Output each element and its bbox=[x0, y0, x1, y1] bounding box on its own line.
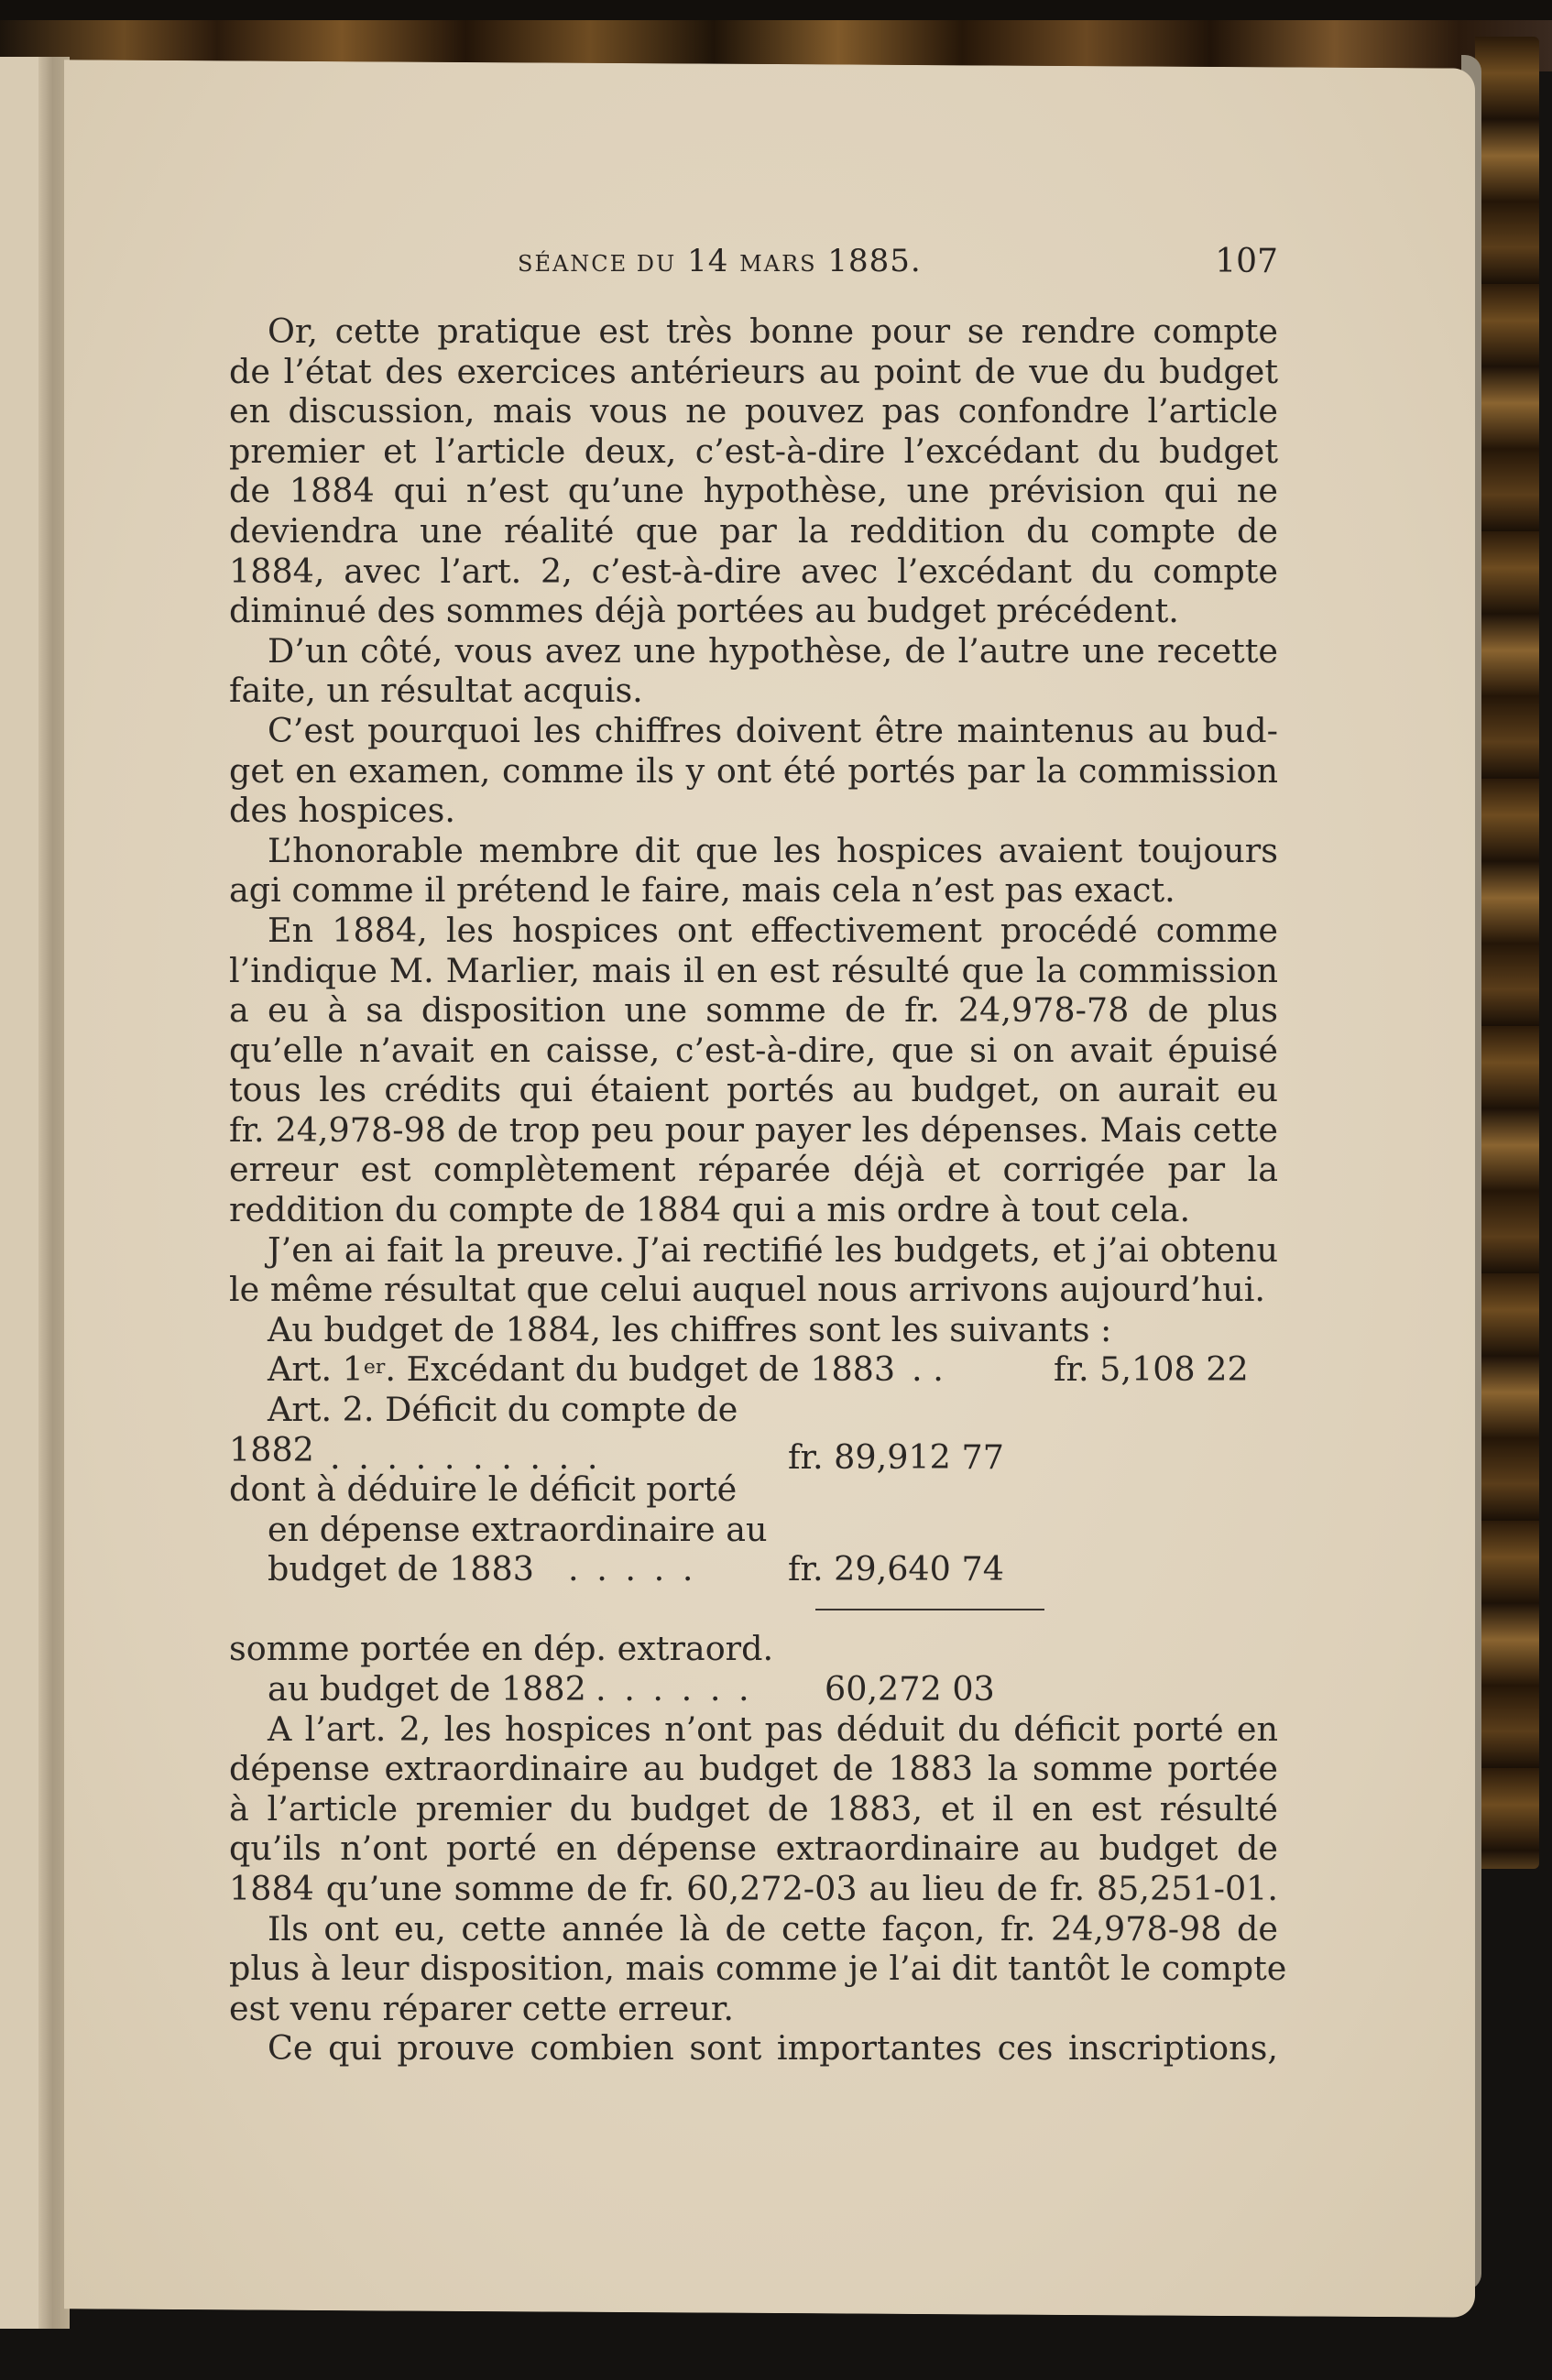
ledger-art2-amount: fr. 89,912 77 bbox=[788, 1437, 1004, 1478]
text-line: Ce qui prouve combien sont importantes c… bbox=[229, 2028, 1278, 2069]
ledger-result-line2: au budget de 1882 bbox=[268, 1669, 586, 1709]
paragraph-5: En 1884, les hospices ont effectivement … bbox=[229, 911, 1278, 1230]
ledger-subtotal-rule bbox=[815, 1609, 1044, 1610]
text-line: de 1884 qui n’est qu’une hypothèse, une … bbox=[229, 471, 1278, 511]
ledger-row-art2: Art. 2. Déficit du compte de bbox=[229, 1390, 1278, 1430]
text-line: diminué des sommes déjà portées au budge… bbox=[229, 591, 1278, 631]
ledger-leader: . . . . . . . . . . bbox=[330, 1437, 601, 1478]
ledger-art1-amount: fr. 5,108 22 bbox=[1054, 1349, 1249, 1390]
paragraph-3: C’est pourquoi les chiffres doivent être… bbox=[229, 711, 1278, 831]
ledger-row-art1: Art. 1er. Excédant du budget de 1883 . .… bbox=[229, 1349, 1278, 1390]
text-line: l’indique M. Marlier, mais il en est rés… bbox=[229, 951, 1278, 991]
running-head-prefix: SÉANCE DU bbox=[518, 251, 676, 277]
ledger-art1-sup: er bbox=[364, 1356, 385, 1379]
text-line: à l’article premier du budget de 1883, e… bbox=[229, 1789, 1278, 1829]
paragraph-7: Au budget de 1884, les chiffres sont les… bbox=[229, 1310, 1278, 1350]
paragraph-2: D’un côté, vous avez une hypothèse, de l… bbox=[229, 631, 1278, 711]
text-line: premier et l’article deux, c’est-à-dire … bbox=[229, 431, 1278, 472]
text-line: L’honorable membre dit que les hospices … bbox=[229, 831, 1278, 871]
text-line: J’en ai fait la preuve. J’ai rectifié le… bbox=[229, 1230, 1278, 1271]
ledger-deduct-amount: fr. 29,640 74 bbox=[788, 1549, 1004, 1589]
text-line: En 1884, les hospices ont effectivement … bbox=[229, 911, 1278, 951]
budget-ledger-result: somme portée en dép. extraord. au budget… bbox=[229, 1629, 1278, 1709]
running-head-month: MARS bbox=[739, 251, 816, 277]
paragraph-8: A l’art. 2, les hospices n’ont pas dédui… bbox=[229, 1709, 1278, 1909]
paragraph-6: J’en ai fait la preuve. J’ai rectifié le… bbox=[229, 1230, 1278, 1310]
text-line: qu’elle n’avait en caisse, c’est-à-dire,… bbox=[229, 1031, 1278, 1071]
ledger-result-amount: 60,272 03 bbox=[825, 1669, 995, 1709]
text-line: Au budget de 1884, les chiffres sont les… bbox=[229, 1310, 1278, 1350]
ledger-deduct-line3-row: budget de 1883 . . . . . fr. 29,640 74 bbox=[229, 1549, 1278, 1589]
text-line: A l’art. 2, les hospices n’ont pas dédui… bbox=[229, 1709, 1278, 1750]
running-head: SÉANCE DU 14 MARS 1885. bbox=[518, 243, 922, 279]
page-number: 107 bbox=[1215, 243, 1278, 280]
paragraph-1: Or, cette pratique est très bonne pour s… bbox=[229, 311, 1278, 631]
text-line: 1884, avec l’art. 2, c’est-à-dire avec l… bbox=[229, 551, 1278, 592]
paragraph-10: Ce qui prouve combien sont importantes c… bbox=[229, 2028, 1278, 2069]
text-line: C’est pourquoi les chiffres doivent être… bbox=[229, 711, 1278, 751]
paragraph-4: L’honorable membre dit que les hospices … bbox=[229, 831, 1278, 911]
text-line: D’un côté, vous avez une hypothèse, de l… bbox=[229, 631, 1278, 671]
text-line: Or, cette pratique est très bonne pour s… bbox=[229, 311, 1278, 352]
paragraph-9: Ils ont eu, cette année là de cette faço… bbox=[229, 1909, 1278, 2029]
text-line: Ils ont eu, cette année là de cette faço… bbox=[229, 1909, 1278, 1949]
text-line: plus à leur disposition, mais comme je l… bbox=[229, 1949, 1278, 1989]
ledger-art2-year: 1882 bbox=[229, 1430, 314, 1469]
text-line: qu’ils n’ont porté en dépense extraordin… bbox=[229, 1829, 1278, 1869]
ledger-leader: . . . . . . bbox=[596, 1669, 753, 1709]
ledger-result-row: au budget de 1882 . . . . . . 60,272 03 bbox=[229, 1669, 1278, 1709]
text-line: le même résultat que celui auquel nous a… bbox=[229, 1270, 1278, 1310]
text-line: deviendra une réalité que par la redditi… bbox=[229, 511, 1278, 551]
running-head-day: 14 bbox=[687, 243, 728, 279]
text-line: est venu réparer cette erreur. bbox=[229, 1989, 1278, 2029]
ledger-leader: . . bbox=[912, 1349, 944, 1390]
body-text: Or, cette pratique est très bonne pour s… bbox=[229, 311, 1278, 2069]
ledger-deduct-line2: en dépense extraordinaire au bbox=[229, 1510, 1278, 1550]
text-line: fr. 24,978-98 de trop peu pour payer les… bbox=[229, 1110, 1278, 1151]
text-line: faite, un résultat acquis. bbox=[229, 671, 1278, 711]
budget-ledger: Art. 1er. Excédant du budget de 1883 . .… bbox=[229, 1349, 1278, 1629]
ledger-art1-prefix: Art. 1 bbox=[268, 1349, 364, 1389]
ledger-deduct-line3: budget de 1883 bbox=[268, 1549, 534, 1588]
running-head-year: 1885. bbox=[827, 243, 921, 279]
ledger-result-line1: somme portée en dép. extraord. bbox=[229, 1629, 1278, 1669]
text-line: reddition du compte de 1884 qui a mis or… bbox=[229, 1190, 1278, 1230]
text-line: tous les crédits qui étaient portés au b… bbox=[229, 1070, 1278, 1110]
book-cover-right bbox=[1475, 37, 1539, 1869]
ledger-art1-label: . Excédant du budget de 1883 bbox=[385, 1349, 895, 1389]
text-line: en discussion, mais vous ne pouvez pas c… bbox=[229, 391, 1278, 431]
text-line: get en examen, comme ils y ont été porté… bbox=[229, 751, 1278, 792]
text-line: agi comme il prétend le faire, mais cela… bbox=[229, 870, 1278, 911]
text-line: a eu à sa disposition une somme de fr. 2… bbox=[229, 990, 1278, 1031]
text-line: erreur est complètement réparée déjà et … bbox=[229, 1150, 1278, 1190]
page-header: SÉANCE DU 14 MARS 1885. 107 bbox=[518, 243, 1278, 289]
ledger-leader: . . . . . bbox=[568, 1549, 696, 1589]
ledger-row-art2-year: 1882 . . . . . . . . . . fr. 89,912 77 bbox=[229, 1430, 1278, 1470]
text-line: de l’état des exercices antérieurs au po… bbox=[229, 352, 1278, 392]
text-line: 1884 qu’une somme de fr. 60,272-03 au li… bbox=[229, 1869, 1278, 1909]
text-line: dépense extraordinaire au budget de 1883… bbox=[229, 1749, 1278, 1789]
text-line: des hospices. bbox=[229, 791, 1278, 831]
